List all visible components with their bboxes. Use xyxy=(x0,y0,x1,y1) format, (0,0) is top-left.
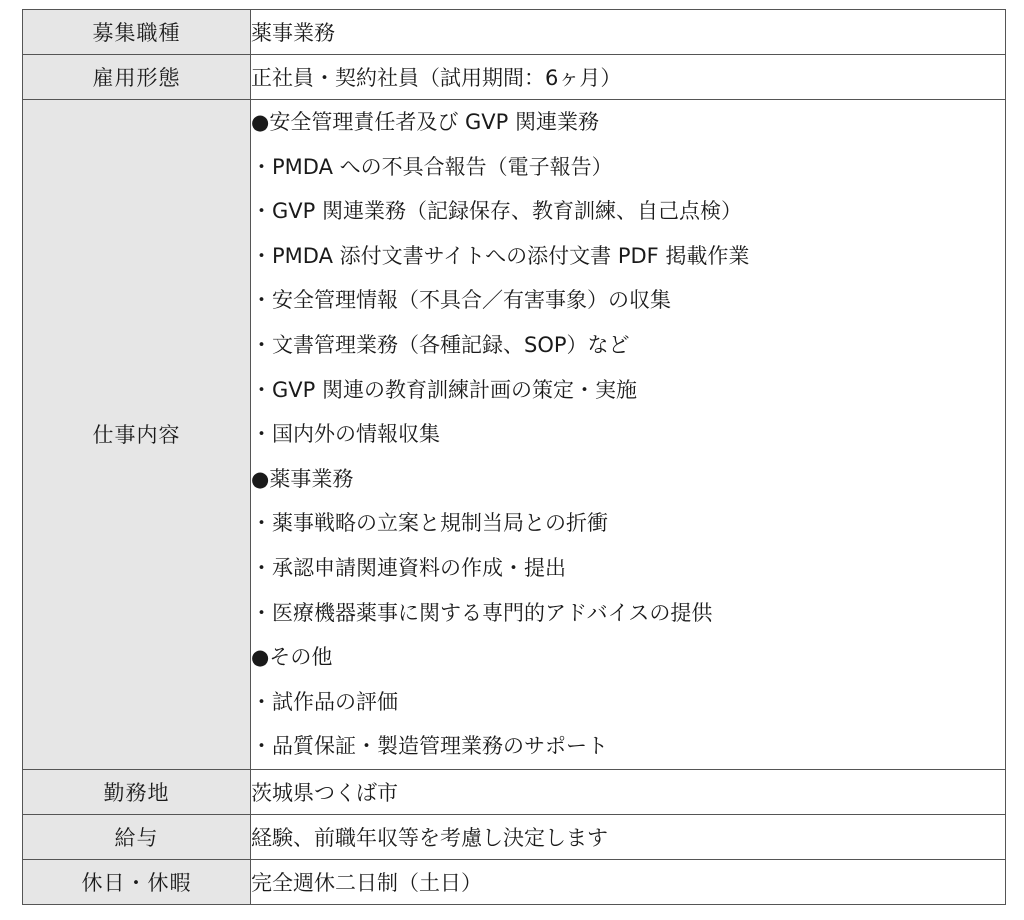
list-item: ・GVP 関連業務（記録保存、教育訓練、自己点検） xyxy=(251,189,1005,234)
label-job-type: 募集職種 xyxy=(23,10,251,55)
list-item: ・文書管理業務（各種記録、SOP）など xyxy=(251,323,1005,368)
value-job-description: ●安全管理責任者及び GVP 関連業務 ・PMDA への不具合報告（電子報告） … xyxy=(251,100,1006,770)
value-work-location: 茨城県つくば市 xyxy=(251,769,1006,814)
row-holidays: 休日・休暇 完全週休二日制（土日） xyxy=(23,859,1006,904)
list-item: ・医療機器薬事に関する専門的アドバイスの提供 xyxy=(251,591,1005,636)
list-item: ・安全管理情報（不具合／有害事象）の収集 xyxy=(251,278,1005,323)
row-work-location: 勤務地 茨城県つくば市 xyxy=(23,769,1006,814)
list-item: ・GVP 関連の教育訓練計画の策定・実施 xyxy=(251,368,1005,413)
value-job-type: 薬事業務 xyxy=(251,10,1006,55)
label-job-description: 仕事内容 xyxy=(23,100,251,770)
label-employment-type: 雇用形態 xyxy=(23,55,251,100)
value-salary: 経験、前職年収等を考慮し決定します xyxy=(251,814,1006,859)
value-employment-type: 正社員・契約社員（試用期間：6ヶ月） xyxy=(251,55,1006,100)
label-salary: 給与 xyxy=(23,814,251,859)
row-salary: 給与 経験、前職年収等を考慮し決定します xyxy=(23,814,1006,859)
list-item: ・PMDA への不具合報告（電子報告） xyxy=(251,145,1005,190)
row-employment-type: 雇用形態 正社員・契約社員（試用期間：6ヶ月） xyxy=(23,55,1006,100)
list-item: ・PMDA 添付文書サイトへの添付文書 PDF 掲載作業 xyxy=(251,234,1005,279)
row-job-description: 仕事内容 ●安全管理責任者及び GVP 関連業務 ・PMDA への不具合報告（電… xyxy=(23,100,1006,770)
list-item: ・国内外の情報収集 xyxy=(251,412,1005,457)
job-listing-table: 募集職種 薬事業務 雇用形態 正社員・契約社員（試用期間：6ヶ月） 仕事内容 ●… xyxy=(22,9,1006,905)
value-holidays: 完全週休二日制（土日） xyxy=(251,859,1006,904)
label-holidays: 休日・休暇 xyxy=(23,859,251,904)
list-item: ・承認申請関連資料の作成・提出 xyxy=(251,546,1005,591)
list-item: ・品質保証・製造管理業務のサポート xyxy=(251,724,1005,769)
row-job-type: 募集職種 薬事業務 xyxy=(23,10,1006,55)
list-item: ●その他 xyxy=(251,635,1005,680)
list-item: ・試作品の評価 xyxy=(251,680,1005,725)
list-item: ●薬事業務 xyxy=(251,457,1005,502)
list-item: ●安全管理責任者及び GVP 関連業務 xyxy=(251,100,1005,145)
label-work-location: 勤務地 xyxy=(23,769,251,814)
list-item: ・薬事戦略の立案と規制当局との折衝 xyxy=(251,501,1005,546)
